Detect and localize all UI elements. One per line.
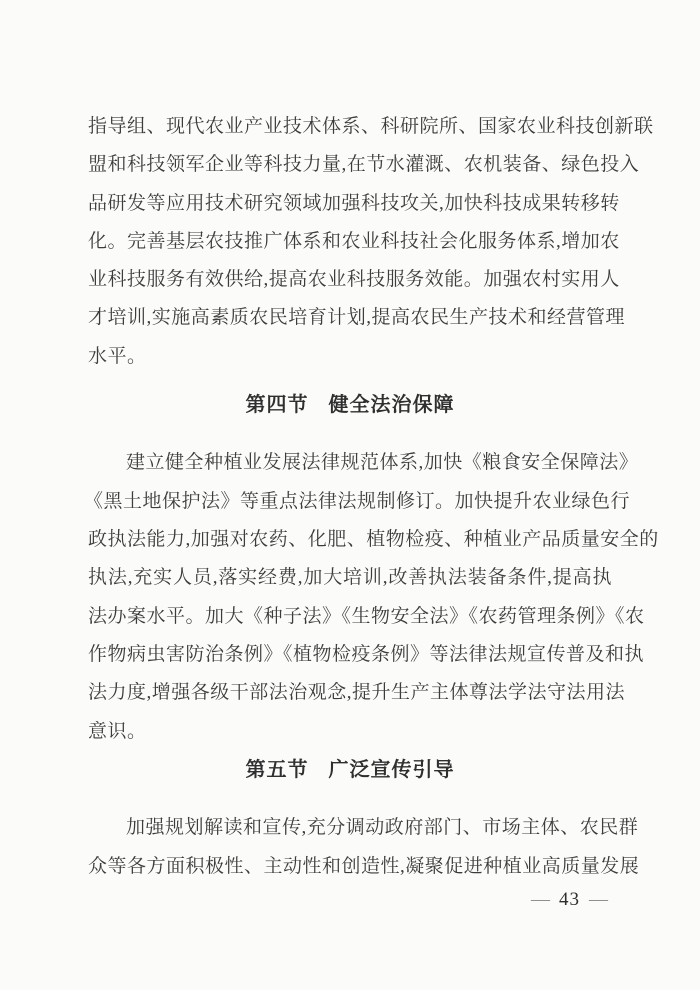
text-line: 《黑土地保护法》等重点法律法规制修订。加快提升农业绿色行 — [84, 483, 612, 521]
text-line: 执法,充实人员,落实经费,加大培训,改善执法装备条件,提高执 — [88, 559, 612, 597]
text-line: 水平。 — [88, 338, 612, 376]
text-line: 化。完善基层农技推广体系和农业科技社会化服务体系,增加农 — [88, 223, 612, 261]
section-heading-5: 第五节 广泛宣传引导 — [88, 751, 612, 789]
text-line: 才培训,实施高素质农民培育计划,提高农民生产技术和经营管理 — [88, 299, 612, 337]
page-number: 43 — [559, 889, 580, 911]
section-number: 第四节 — [246, 386, 309, 424]
paragraph-science-support: 指导组、现代农业产业技术体系、科研院所、国家农业科技创新联 盟和科技领军企业等科… — [88, 108, 612, 376]
text-line: 作物病虫害防治条例》《植物检疫条例》等法律法规宣传普及和执 — [88, 636, 612, 674]
text-line: 政执法能力,加强对农药、化肥、植物检疫、种植业产品质量安全的 — [88, 521, 612, 559]
footer-dash-left: — — [531, 891, 550, 909]
section-title: 广泛宣传引导 — [329, 751, 455, 789]
text-line: 指导组、现代农业产业技术体系、科研院所、国家农业科技创新联 — [88, 108, 612, 146]
text-line: 法办案水平。加大《种子法》《生物安全法》《农药管理条例》《农 — [88, 598, 612, 636]
paragraph-legal-guarantee: 建立健全种植业发展法律规范体系,加快《粮食安全保障法》 《黑土地保护法》等重点法… — [88, 444, 612, 750]
text-line: 加强规划解读和宣传,充分调动政府部门、市场主体、农民群 — [88, 809, 612, 847]
section-heading-4: 第四节 健全法治保障 — [88, 386, 612, 424]
section-number: 第五节 — [246, 751, 309, 789]
text-line: 业科技服务有效供给,提高农业科技服务效能。加强农村实用人 — [88, 261, 612, 299]
text-line: 意识。 — [88, 713, 612, 751]
text-line: 众等各方面积极性、主动性和创造性,凝聚促进种植业高质量发展 — [88, 848, 612, 886]
text-line: 盟和科技领军企业等科技力量,在节水灌溉、农机装备、绿色投入 — [88, 146, 612, 184]
text-line: 建立健全种植业发展法律规范体系,加快《粮食安全保障法》 — [88, 444, 612, 482]
section-title: 健全法治保障 — [329, 386, 455, 424]
page-number-footer: — 43 — — [531, 889, 608, 911]
text-line: 法力度,增强各级干部法治观念,提升生产主体尊法学法守法用法 — [88, 674, 612, 712]
text-line: 品研发等应用技术研究领域加强科技攻关,加快科技成果转移转 — [88, 185, 612, 223]
document-page: 指导组、现代农业产业技术体系、科研院所、国家农业科技创新联 盟和科技领军企业等科… — [0, 0, 700, 990]
footer-dash-right: — — [589, 891, 608, 909]
paragraph-publicity-guidance: 加强规划解读和宣传,充分调动政府部门、市场主体、农民群 众等各方面积极性、主动性… — [88, 809, 612, 886]
